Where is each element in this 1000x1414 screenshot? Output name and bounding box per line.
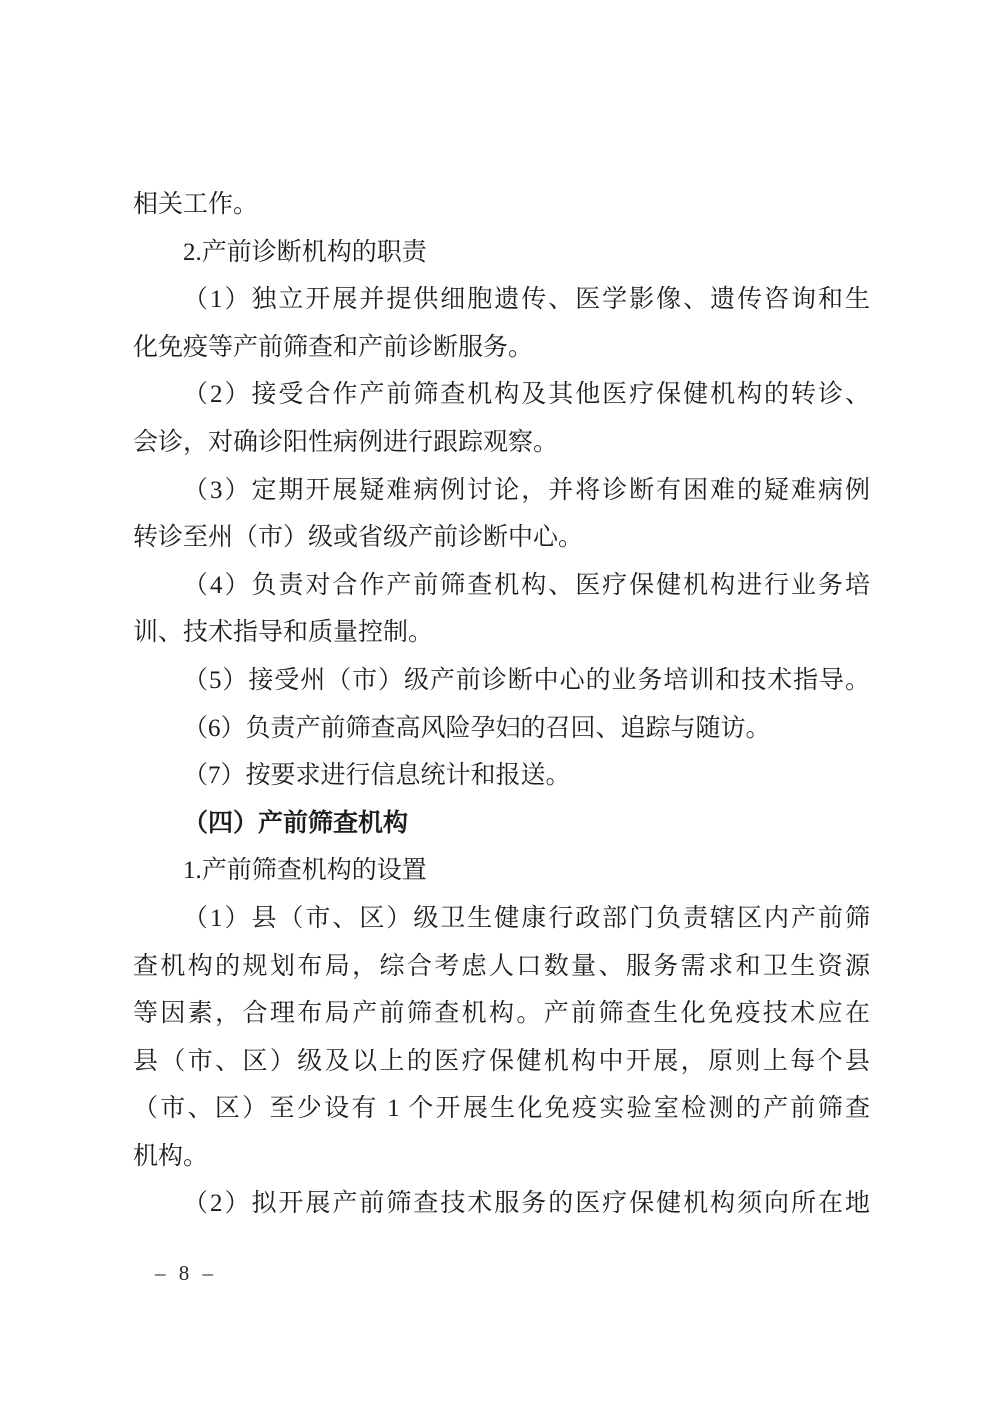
document-page: 相关工作。2.产前诊断机构的职责（1）独立开展并提供细胞遗传、医学影像、遗传咨询… xyxy=(0,0,1000,1414)
text-line: （4）负责对合作产前筛查机构、医疗保健机构进行业务培 xyxy=(133,562,870,610)
text-line: （四）产前筛查机构 xyxy=(133,800,870,848)
text-line: （3）定期开展疑难病例讨论，并将诊断有困难的疑难病例 xyxy=(133,467,870,515)
text-line: （2）拟开展产前筛查技术服务的医疗保健机构须向所在地 xyxy=(133,1180,870,1228)
text-line: 1.产前筛查机构的设置 xyxy=(133,847,870,895)
text-line: 训、技术指导和质量控制。 xyxy=(133,609,870,657)
text-line: （市、区）至少设有 1 个开展生化免疫实验室检测的产前筛查 xyxy=(133,1085,870,1133)
text-line: （2）接受合作产前筛查机构及其他医疗保健机构的转诊、 xyxy=(133,371,870,419)
text-line: 机构。 xyxy=(133,1133,870,1181)
text-line: 化免疫等产前筛查和产前诊断服务。 xyxy=(133,324,870,372)
page-number: – 8 – xyxy=(155,1258,217,1288)
text-line: 等因素，合理布局产前筛查机构。产前筛查生化免疫技术应在 xyxy=(133,990,870,1038)
text-line: （1）独立开展并提供细胞遗传、医学影像、遗传咨询和生 xyxy=(133,276,870,324)
text-line: 转诊至州（市）级或省级产前诊断中心。 xyxy=(133,514,870,562)
document-body: 相关工作。2.产前诊断机构的职责（1）独立开展并提供细胞遗传、医学影像、遗传咨询… xyxy=(133,181,870,1228)
text-line: 查机构的规划布局，综合考虑人口数量、服务需求和卫生资源 xyxy=(133,943,870,991)
text-line: 县（市、区）级及以上的医疗保健机构中开展，原则上每个县 xyxy=(133,1038,870,1086)
text-line: （1）县（市、区）级卫生健康行政部门负责辖区内产前筛 xyxy=(133,895,870,943)
text-line: （5）接受州（市）级产前诊断中心的业务培训和技术指导。 xyxy=(133,657,870,705)
text-line: 相关工作。 xyxy=(133,181,870,229)
text-line: 2.产前诊断机构的职责 xyxy=(133,229,870,277)
text-line: （7）按要求进行信息统计和报送。 xyxy=(133,752,870,800)
text-line: （6）负责产前筛查高风险孕妇的召回、追踪与随访。 xyxy=(133,705,870,753)
text-line: 会诊，对确诊阳性病例进行跟踪观察。 xyxy=(133,419,870,467)
